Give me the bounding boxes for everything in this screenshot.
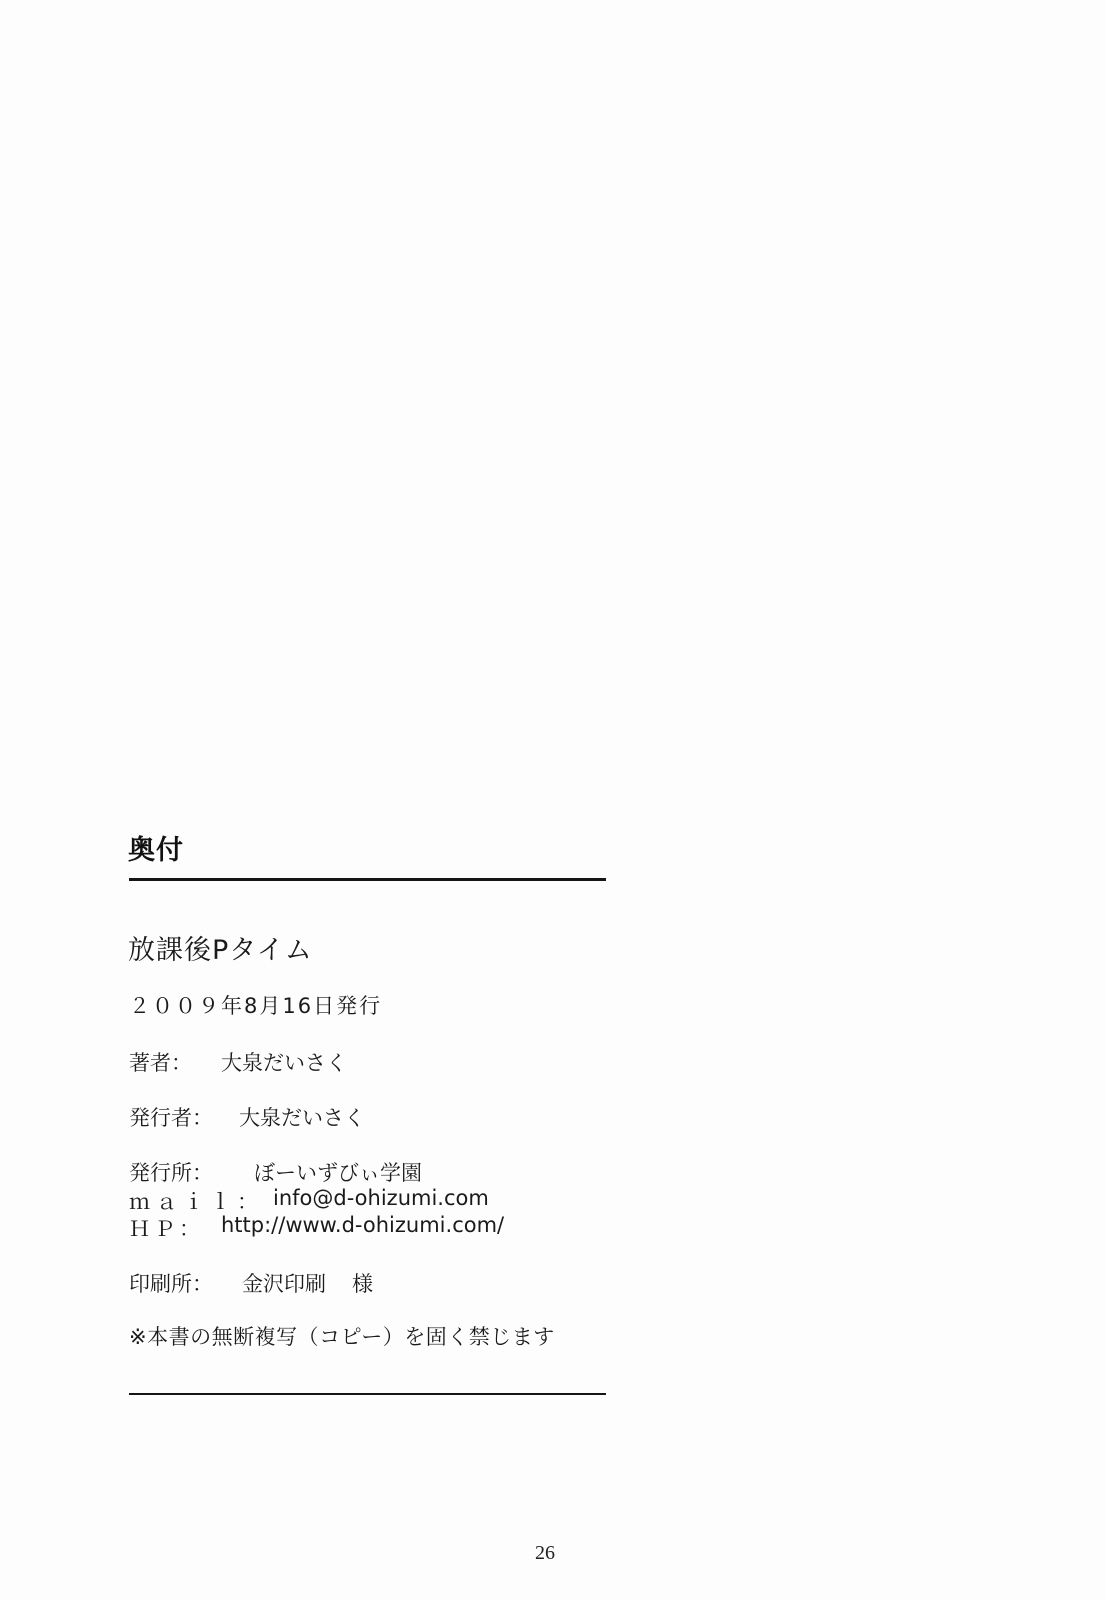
- mail-row: ｍａｉｌ： info@d-ohizumi.com: [129, 1186, 489, 1216]
- author-value: 大泉だいさく: [221, 1047, 347, 1077]
- page-number: 26: [535, 1542, 555, 1565]
- author-row: 著者： 大泉だいさく: [129, 1047, 347, 1077]
- mail-address-link[interactable]: info@d-ohizumi.com: [273, 1186, 489, 1216]
- spacer: [326, 1268, 352, 1298]
- publishing-house-value: ぼーいずびぃ学園: [254, 1157, 422, 1187]
- publisher-row: 発行者： 大泉だいさく: [129, 1102, 365, 1132]
- mail-label: ｍａｉｌ：: [129, 1186, 273, 1216]
- book-title: 放課後Pタイム: [128, 928, 313, 967]
- publishing-house-row: 発行所： ぼーいずびぃ学園: [129, 1157, 422, 1187]
- colophon-heading: 奥付: [128, 828, 184, 867]
- publisher-label: 発行者：: [129, 1102, 239, 1132]
- top-divider: [129, 878, 606, 881]
- publishing-house-label: 発行所：: [129, 1157, 254, 1187]
- printer-value: 金沢印刷: [242, 1268, 326, 1298]
- bottom-divider: [129, 1393, 606, 1395]
- homepage-row: ＨＰ： http://www.d-ohizumi.com/: [129, 1213, 504, 1243]
- printer-label: 印刷所：: [129, 1268, 242, 1298]
- homepage-label: ＨＰ：: [129, 1213, 221, 1243]
- copyright-notice: ※本書の無断複写（コピー）を固く禁じます: [129, 1321, 555, 1351]
- publisher-value: 大泉だいさく: [239, 1102, 365, 1132]
- printer-row: 印刷所： 金沢印刷 様: [129, 1268, 373, 1298]
- author-label: 著者：: [129, 1047, 221, 1077]
- publication-date: ２００９年8月16日発行: [129, 990, 382, 1020]
- colophon-page: 奥付 放課後Pタイム ２００９年8月16日発行 著者： 大泉だいさく 発行者： …: [0, 0, 1106, 1600]
- printer-honorific: 様: [352, 1268, 373, 1298]
- homepage-link[interactable]: http://www.d-ohizumi.com/: [221, 1213, 504, 1243]
